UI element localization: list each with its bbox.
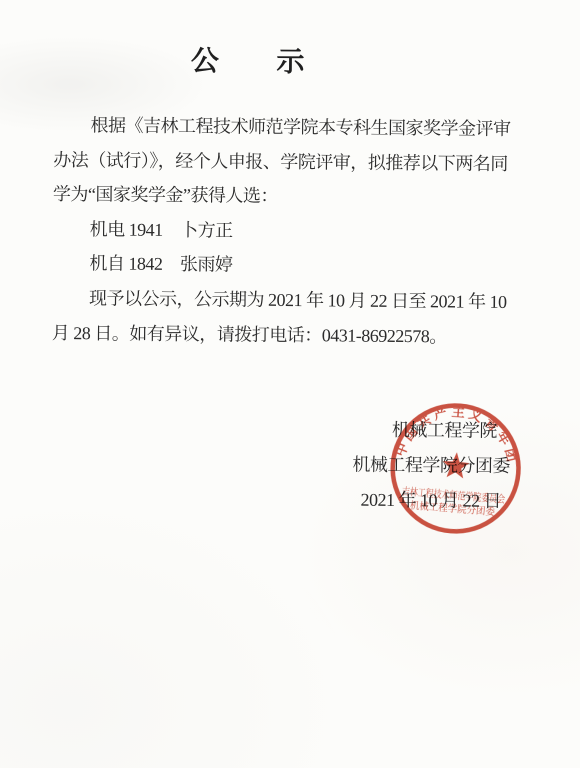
body-line-6: 现予以公示，公示期为 2021 年 10 月 22 日至 2021 年 10	[52, 281, 530, 320]
seal-star-icon	[441, 451, 470, 479]
official-seal: 中国共产主义青年团 吉林工程技术师范学院委员会 机械工程学院分团委	[379, 392, 532, 545]
seal-arc-text: 中国共产主义青年团	[391, 398, 526, 467]
document-body: 根据《吉林工程技术师范学院本专科生国家奖学金评审 办法（试行）》，经个人申报、学…	[52, 108, 532, 354]
body-line-5-candidate: 机自 1842 张雨婷	[52, 246, 530, 285]
body-line-4-candidate: 机电 1941 卜方正	[53, 212, 531, 251]
body-line-1: 根据《吉林工程技术师范学院本专科生国家奖学金评审	[53, 108, 531, 147]
document-title: 公 示	[2, 37, 507, 81]
body-line-2: 办法（试行）》，经个人申报、学院评审，拟推荐以下两名同	[53, 143, 531, 182]
document-content: 公 示 根据《吉林工程技术师范学院本专科生国家奖学金评审 办法（试行）》，经个人…	[0, 0, 580, 768]
scanned-document-page: 公 示 根据《吉林工程技术师范学院本专科生国家奖学金评审 办法（试行）》，经个人…	[0, 0, 580, 768]
body-line-3: 学为“国家奖学金”获得人选：	[53, 177, 531, 216]
body-line-7: 月 28 日。如有异议，请拨打电话：0431-86922578。	[52, 315, 530, 354]
